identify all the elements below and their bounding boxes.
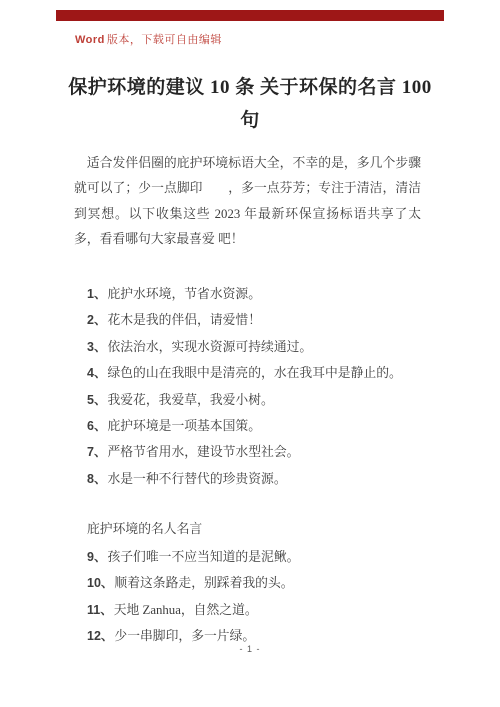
list-item: 1、庇护水环境，节省水资源。 [87,281,450,307]
list-item: 8、水是一种不行替代的珍贵资源。 [87,466,450,492]
list-item-number: 1、 [87,287,106,301]
page-number: - 1 - [0,644,500,654]
list-item-text: 花木是我的伴侣，请爱惜！ [107,313,261,327]
list-item-number: 2、 [87,313,106,327]
list-item-number: 4、 [87,366,106,380]
document-page: Word版本，下载可自由编辑 保护环境的建议 10 条 关于环保的名言 100 … [0,0,500,707]
document-title-line2: 句 [40,104,460,137]
list-item-number: 7、 [87,445,106,459]
list-item-text: 孩子们唯一不应当知道的是泥鳅。 [107,550,299,564]
list-item-number: 9、 [87,550,106,564]
list-item-text: 我爱花，我爱草，我爱小树。 [107,393,273,407]
list-item-number: 11、 [87,603,113,617]
list-item-text: 庇护环境是一项基本国策。 [107,419,261,433]
list-item: 5、我爱花，我爱草，我爱小树。 [87,387,450,413]
list-item-number: 8、 [87,472,106,486]
intro-paragraph: 适合发伴侣圈的庇护环境标语大全，不幸的是，多几个步骤就可以了；少一点脚印 ，多一… [74,151,421,253]
document-title-line1: 保护环境的建议 10 条 关于环保的名言 100 [40,71,460,104]
list-item-text: 顺着这条路走，别踩着我的头。 [114,576,293,590]
section-heading: 庇护环境的名人名言 [87,521,202,537]
list-item-text: 少一串脚印，多一片绿。 [114,629,255,643]
list-item: 7、严格节省用水，建设节水型社会。 [87,439,450,465]
list-item-text: 天地 Zanhua，自然之道。 [114,603,258,617]
list-item: 9、孩子们唯一不应当知道的是泥鳅。 [87,544,450,570]
list-item: 11、天地 Zanhua，自然之道。 [87,597,450,623]
watermark-text: Word版本，下载可自由编辑 [75,33,222,47]
watermark-word-label: Word [75,34,105,46]
numbered-list-1: 1、庇护水环境，节省水资源。 2、花木是我的伴侣，请爱惜！ 3、依法治水，实现水… [87,281,450,492]
list-item-number: 10、 [87,576,113,590]
top-red-bar [56,10,444,21]
watermark-rest-label: 版本，下载可自由编辑 [107,34,222,46]
list-item: 4、绿色的山在我眼中是清亮的，水在我耳中是静止的。 [87,360,450,386]
list-item: 2、花木是我的伴侣，请爱惜！ [87,307,450,333]
list-item-text: 绿色的山在我眼中是清亮的，水在我耳中是静止的。 [107,366,401,380]
list-item: 3、依法治水，实现水资源可持续通过。 [87,334,450,360]
list-item: 6、庇护环境是一项基本国策。 [87,413,450,439]
list-item-number: 3、 [87,340,106,354]
list-item-text: 严格节省用水，建设节水型社会。 [107,445,299,459]
list-item-number: 12、 [87,629,113,643]
list-item-text: 水是一种不行替代的珍贵资源。 [107,472,286,486]
list-item-text: 依法治水，实现水资源可持续通过。 [107,340,312,354]
list-item-number: 5、 [87,393,106,407]
document-title: 保护环境的建议 10 条 关于环保的名言 100 句 [40,71,460,137]
list-item-text: 庇护水环境，节省水资源。 [107,287,261,301]
list-item-number: 6、 [87,419,106,433]
numbered-list-2: 9、孩子们唯一不应当知道的是泥鳅。 10、顺着这条路走，别踩着我的头。 11、天… [87,544,450,650]
list-item: 10、顺着这条路走，别踩着我的头。 [87,570,450,596]
